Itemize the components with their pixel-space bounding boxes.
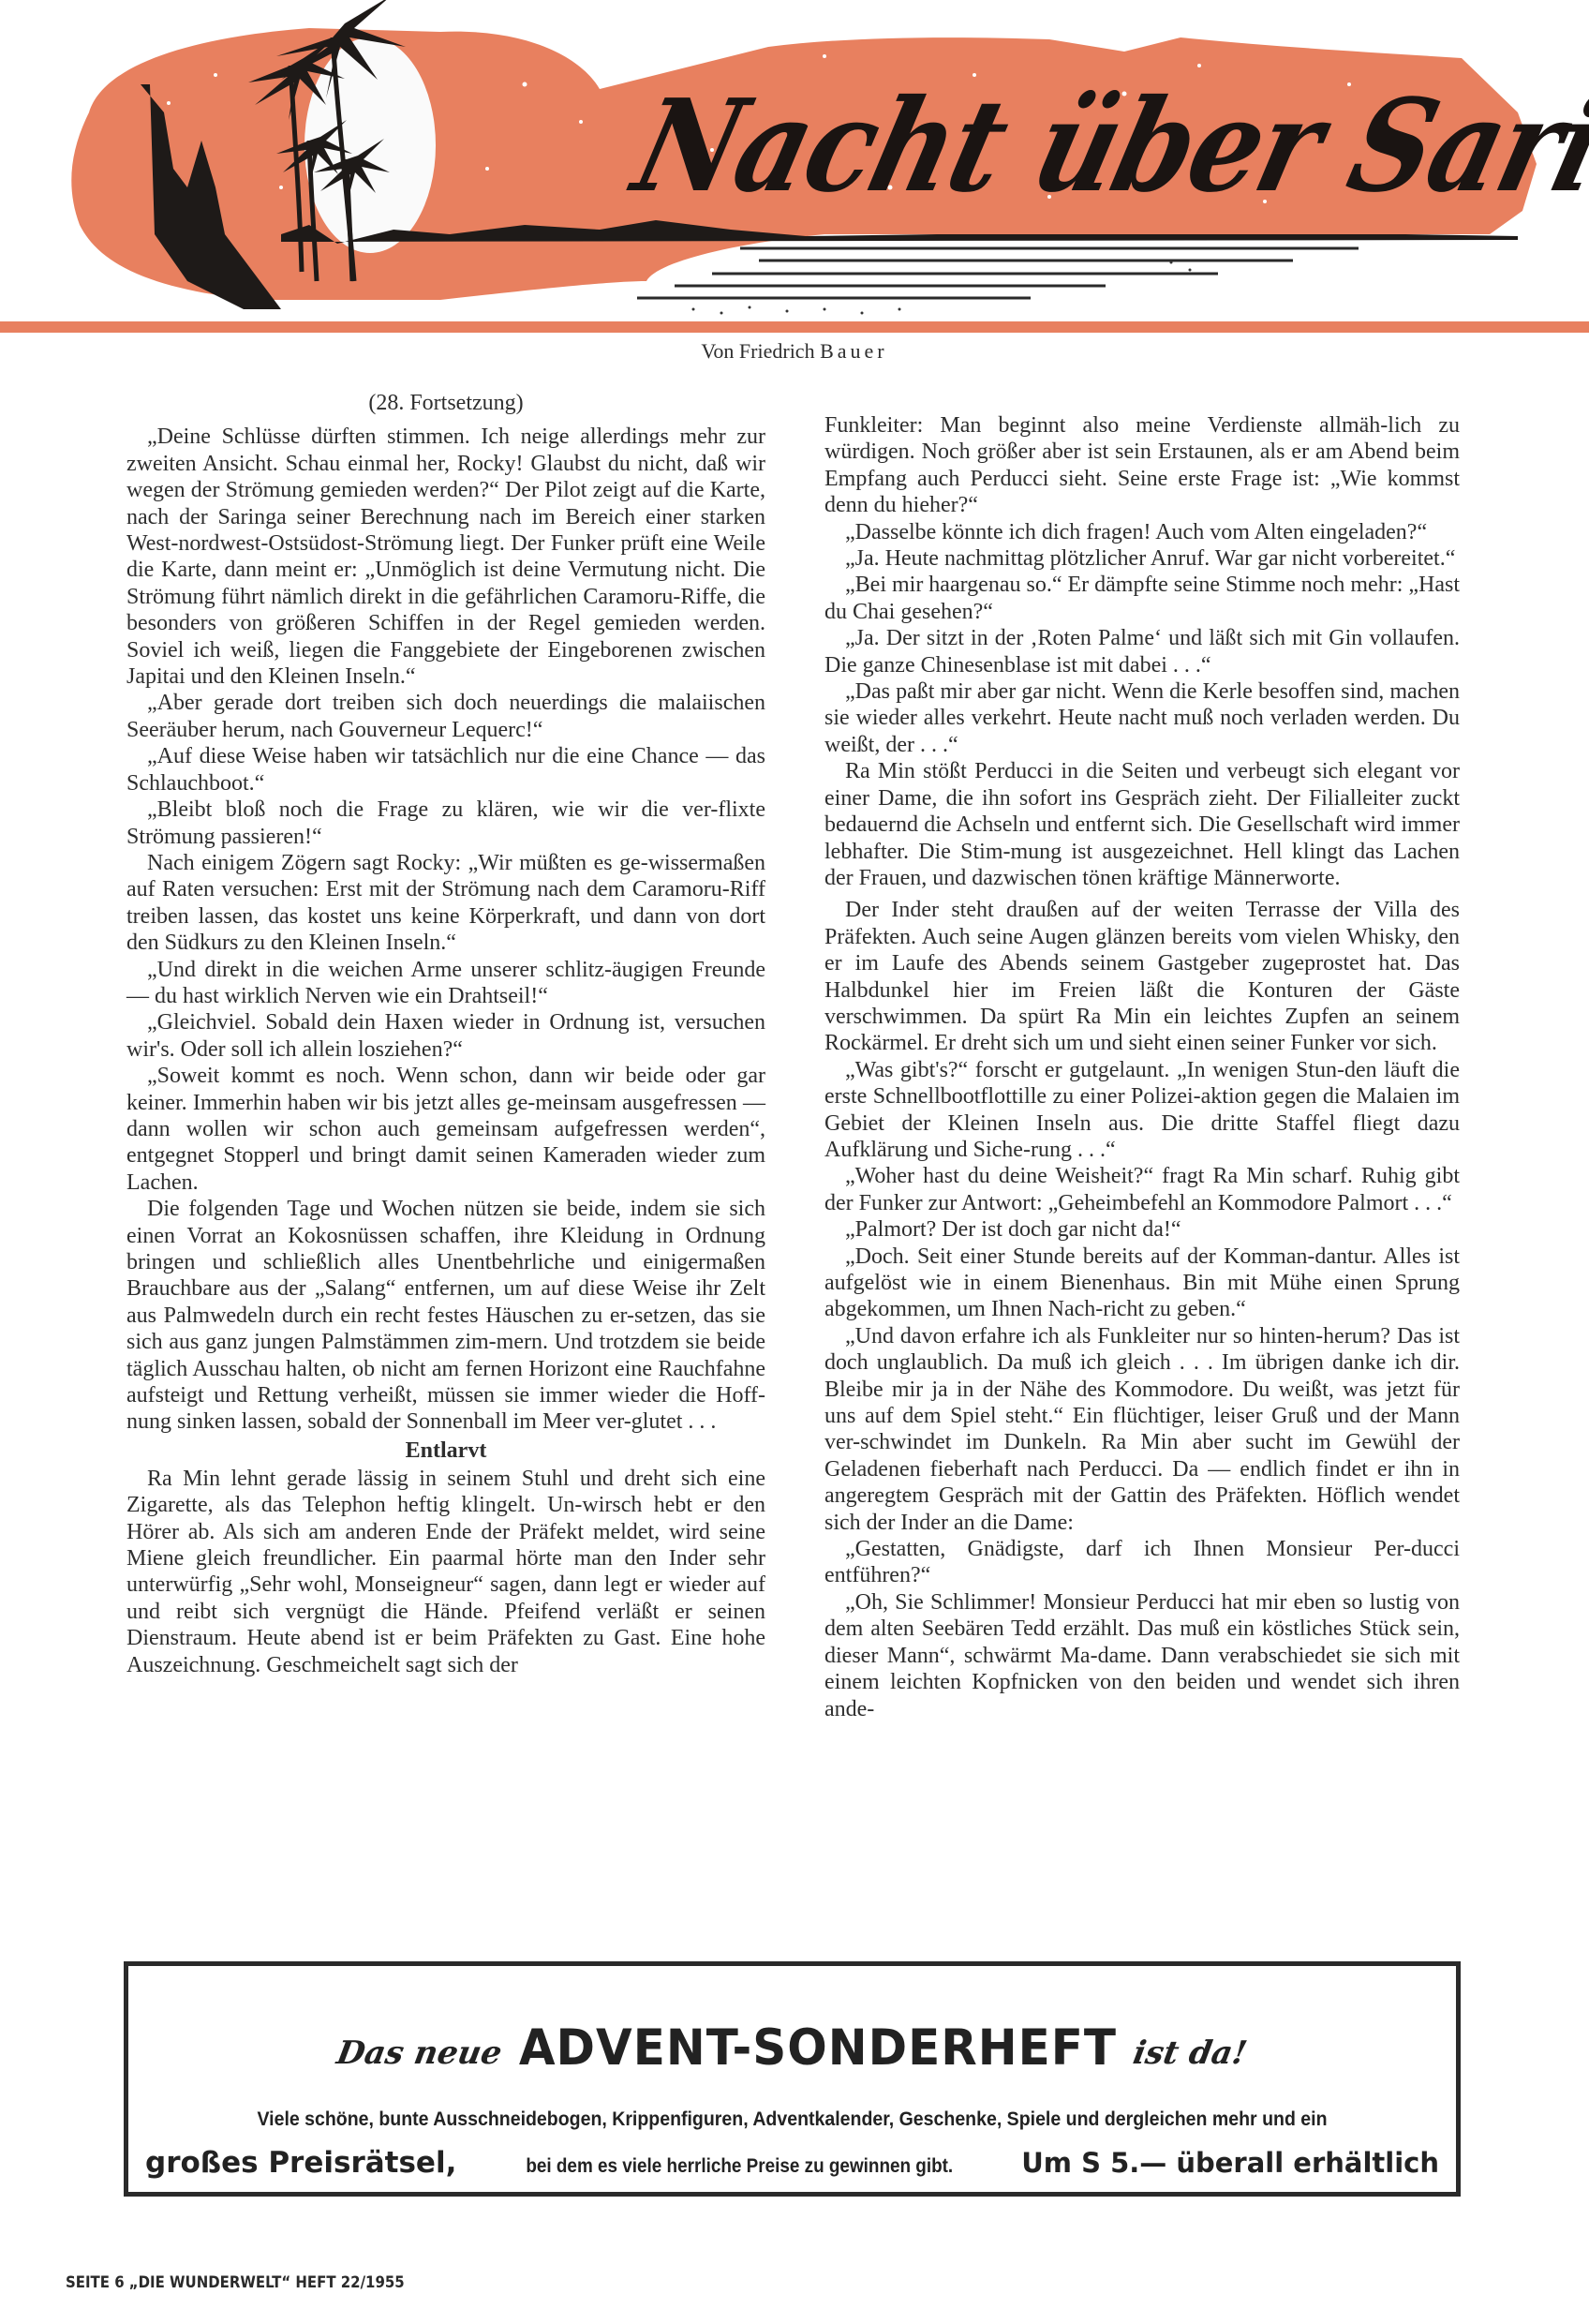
page-footer: SEITE 6 „DIE WUNDERWELT“ HEFT 22/1955 — [66, 2273, 405, 2292]
paragraph: Funkleiter: Man beginnt also meine Verdi… — [824, 412, 1460, 519]
header-banner: Nacht über Saringa — [0, 0, 1589, 319]
right-column: Funkleiter: Man beginnt also meine Verdi… — [824, 412, 1460, 1722]
paragraph: „Ja. Heute nachmittag plötzlicher Anruf.… — [824, 545, 1460, 572]
paragraph: „Und direkt in die weichen Arme unserer … — [126, 957, 765, 1010]
paragraph: „Doch. Seit einer Stunde bereits auf der… — [824, 1244, 1460, 1323]
installment-label: (28. Fortsetzung) — [126, 390, 765, 416]
advert-title: ADVENT-SONDERHEFT — [519, 2019, 1117, 2077]
advert-headline: Das neue ADVENT-SONDERHEFT ist da! — [128, 2020, 1456, 2075]
paragraph: Ra Min stößt Perducci in die Seiten und … — [824, 758, 1460, 891]
paragraph: „Woher hast du deine Weisheit?“ fragt Ra… — [824, 1163, 1460, 1216]
paragraph: „Soweit kommt es noch. Wenn schon, dann … — [126, 1063, 765, 1196]
paragraph: „Aber gerade dort treiben sich doch neue… — [126, 690, 765, 743]
left-column: (28. Fortsetzung) „Deine Schlüsse dürfte… — [126, 390, 765, 1678]
paragraph: „Ja. Der sitzt in der ‚Roten Palme‘ und … — [824, 625, 1460, 678]
paragraph: „Gleichviel. Sobald dein Haxen wieder in… — [126, 1009, 765, 1063]
paragraph: Ra Min lehnt gerade lässig in seinem Stu… — [126, 1466, 765, 1678]
byline-prefix: Von Friedrich — [701, 339, 820, 363]
author-name: Bauer — [820, 339, 888, 363]
advert-puzzle: großes Preisrätsel, — [145, 2146, 456, 2180]
advert-suffix: ist da! — [1131, 2034, 1250, 2072]
advert-prizes: bei dem es viele herrliche Preise zu gew… — [526, 2155, 953, 2178]
story-title: Nacht über Saringa — [616, 82, 1518, 245]
paragraph: „Bei mir haargenau so.“ Er dämpfte seine… — [824, 572, 1460, 625]
byline: Von Friedrich Bauer — [0, 339, 1589, 364]
header-rule — [0, 321, 1589, 333]
paragraph: Der Inder steht draußen auf der weiten T… — [824, 897, 1460, 1056]
paragraph: „Oh, Sie Schlimmer! Monsieur Perducci ha… — [824, 1589, 1460, 1722]
paragraph: Die folgenden Tage und Wochen nützen sie… — [126, 1196, 765, 1436]
advert-offer: großes Preisrätsel, bei dem es viele her… — [145, 2146, 1439, 2180]
advert-prefix: Das neue — [334, 2034, 505, 2072]
paragraph: „Das paßt mir aber gar nicht. Wenn die K… — [824, 678, 1460, 758]
paragraph: „Bleibt bloß noch die Frage zu klären, w… — [126, 797, 765, 850]
advert-box: Das neue ADVENT-SONDERHEFT ist da! Viele… — [124, 1961, 1461, 2197]
paragraph: Nach einigem Zögern sagt Rocky: „Wir müß… — [126, 850, 765, 957]
paragraph: „Auf diese Weise haben wir tatsächlich n… — [126, 743, 765, 797]
advert-description: Viele schöne, bunte Ausschneidebogen, Kr… — [175, 2108, 1410, 2131]
paragraph: „Deine Schlüsse dürften stimmen. Ich nei… — [126, 424, 765, 690]
section-heading: Entlarvt — [126, 1438, 765, 1464]
paragraph: „Gestatten, Gnädigste, darf ich Ihnen Mo… — [824, 1536, 1460, 1589]
paragraph: „Dasselbe könnte ich dich fragen! Auch v… — [824, 519, 1460, 545]
paragraph: „Was gibt's?“ forscht er gutgelaunt. „In… — [824, 1057, 1460, 1164]
advert-price: Um S 5.— überall erhältlich — [1021, 2147, 1439, 2179]
paragraph: „Und davon erfahre ich als Funkleiter nu… — [824, 1323, 1460, 1536]
paragraph: „Palmort? Der ist doch gar nicht da!“ — [824, 1216, 1460, 1243]
